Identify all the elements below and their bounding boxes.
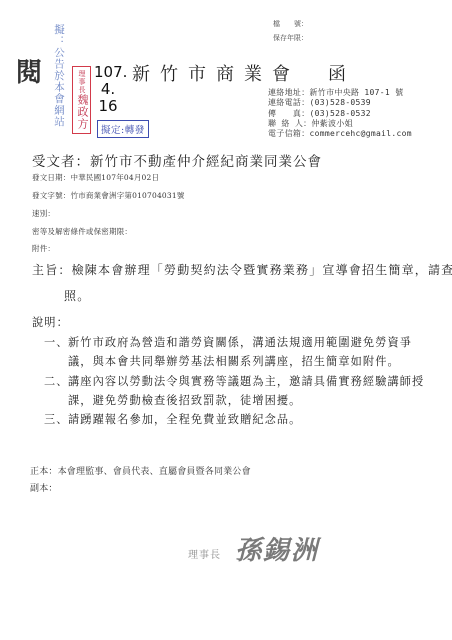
explanation-label: 說明：	[32, 314, 69, 330]
handwritten-date: 107. 4. 16	[94, 64, 122, 115]
explanation-item-2-line-2: 課，避免勞動檢查後招致罰款，徒增困擾。	[68, 392, 301, 408]
signature-title: 理事長	[188, 546, 221, 561]
secrecy-level: 密等及解密條件或保密期限：	[32, 226, 132, 237]
signature-name: 孫錫洲	[235, 530, 319, 567]
explanation-item-3-num: 三、	[44, 411, 69, 427]
contact-person: 聯 絡 人：仲紫波小姐	[268, 119, 412, 129]
explanation-item-1-line-1: 新竹市政府為營造和諧勞資關係，溝通法規適用範圍避免勞資爭	[68, 334, 412, 350]
org-letter-title: 新竹市商業會 函	[132, 60, 356, 86]
attachment-label: 附件：	[32, 243, 55, 254]
speed-category: 速別：	[32, 208, 55, 219]
explanation-item-3-line-1: 請踴躍報名參加，全程免費並致贈紀念品。	[68, 411, 301, 427]
date-month: 4.	[94, 81, 122, 98]
chairman-stamp-name: 魏政方	[76, 94, 89, 130]
copy-recipients: 副本：	[30, 481, 58, 494]
contact-address: 連絡地址：新竹市中央路 107-1 號	[268, 88, 412, 98]
contact-phone: 連絡電話：(03)528-0539	[268, 98, 412, 108]
issue-date: 發文日期：中華民國107年04月02日	[32, 172, 159, 183]
retention-period-label: 保存年限：	[273, 33, 308, 43]
document-number: 發文字號：竹市商業會洲字第010704031號	[32, 190, 185, 201]
explanation-item-1-line-2: 議，與本會共同舉辦勞基法相關系列講座，招生簡章如附件。	[68, 353, 400, 369]
contact-fax: 傳 真：(03)528-0532	[268, 109, 412, 119]
read-seal-mark: 閱	[16, 52, 42, 89]
date-day: 16	[94, 98, 122, 115]
chairman-stamp-title: 理事長	[78, 70, 86, 94]
contact-email: 電子信箱：commercehc@gmail.com	[268, 129, 412, 139]
recipient-line: 受文者：新竹市不動產仲介經紀商業同業公會	[32, 150, 322, 170]
file-number-label: 檔 號：	[273, 19, 308, 29]
draft-forward-stamp: 擬定:轉發	[97, 120, 149, 138]
contact-block: 連絡地址：新竹市中央路 107-1 號 連絡電話：(03)528-0539 傳 …	[268, 88, 412, 139]
original-recipients: 正本：本會理監事、會員代表、直屬會員暨各同業公會	[30, 464, 251, 477]
date-year: 107.	[94, 64, 122, 81]
handwritten-blue-note: 擬：公告於本會網站	[52, 24, 67, 128]
chairman-red-stamp: 理事長魏政方	[72, 66, 91, 134]
subject-line-2: 照。	[64, 287, 90, 304]
explanation-item-1-num: 一、	[44, 334, 69, 350]
explanation-item-2-num: 二、	[44, 373, 69, 389]
explanation-item-2-line-1: 講座內容以勞動法令與實務等議題為主，邀請具備實務經驗講師授	[68, 373, 424, 389]
subject-line-1: 主旨：檢陳本會辦理「勞動契約法令暨實務業務」宣導會招生簡章，請查	[32, 261, 452, 278]
